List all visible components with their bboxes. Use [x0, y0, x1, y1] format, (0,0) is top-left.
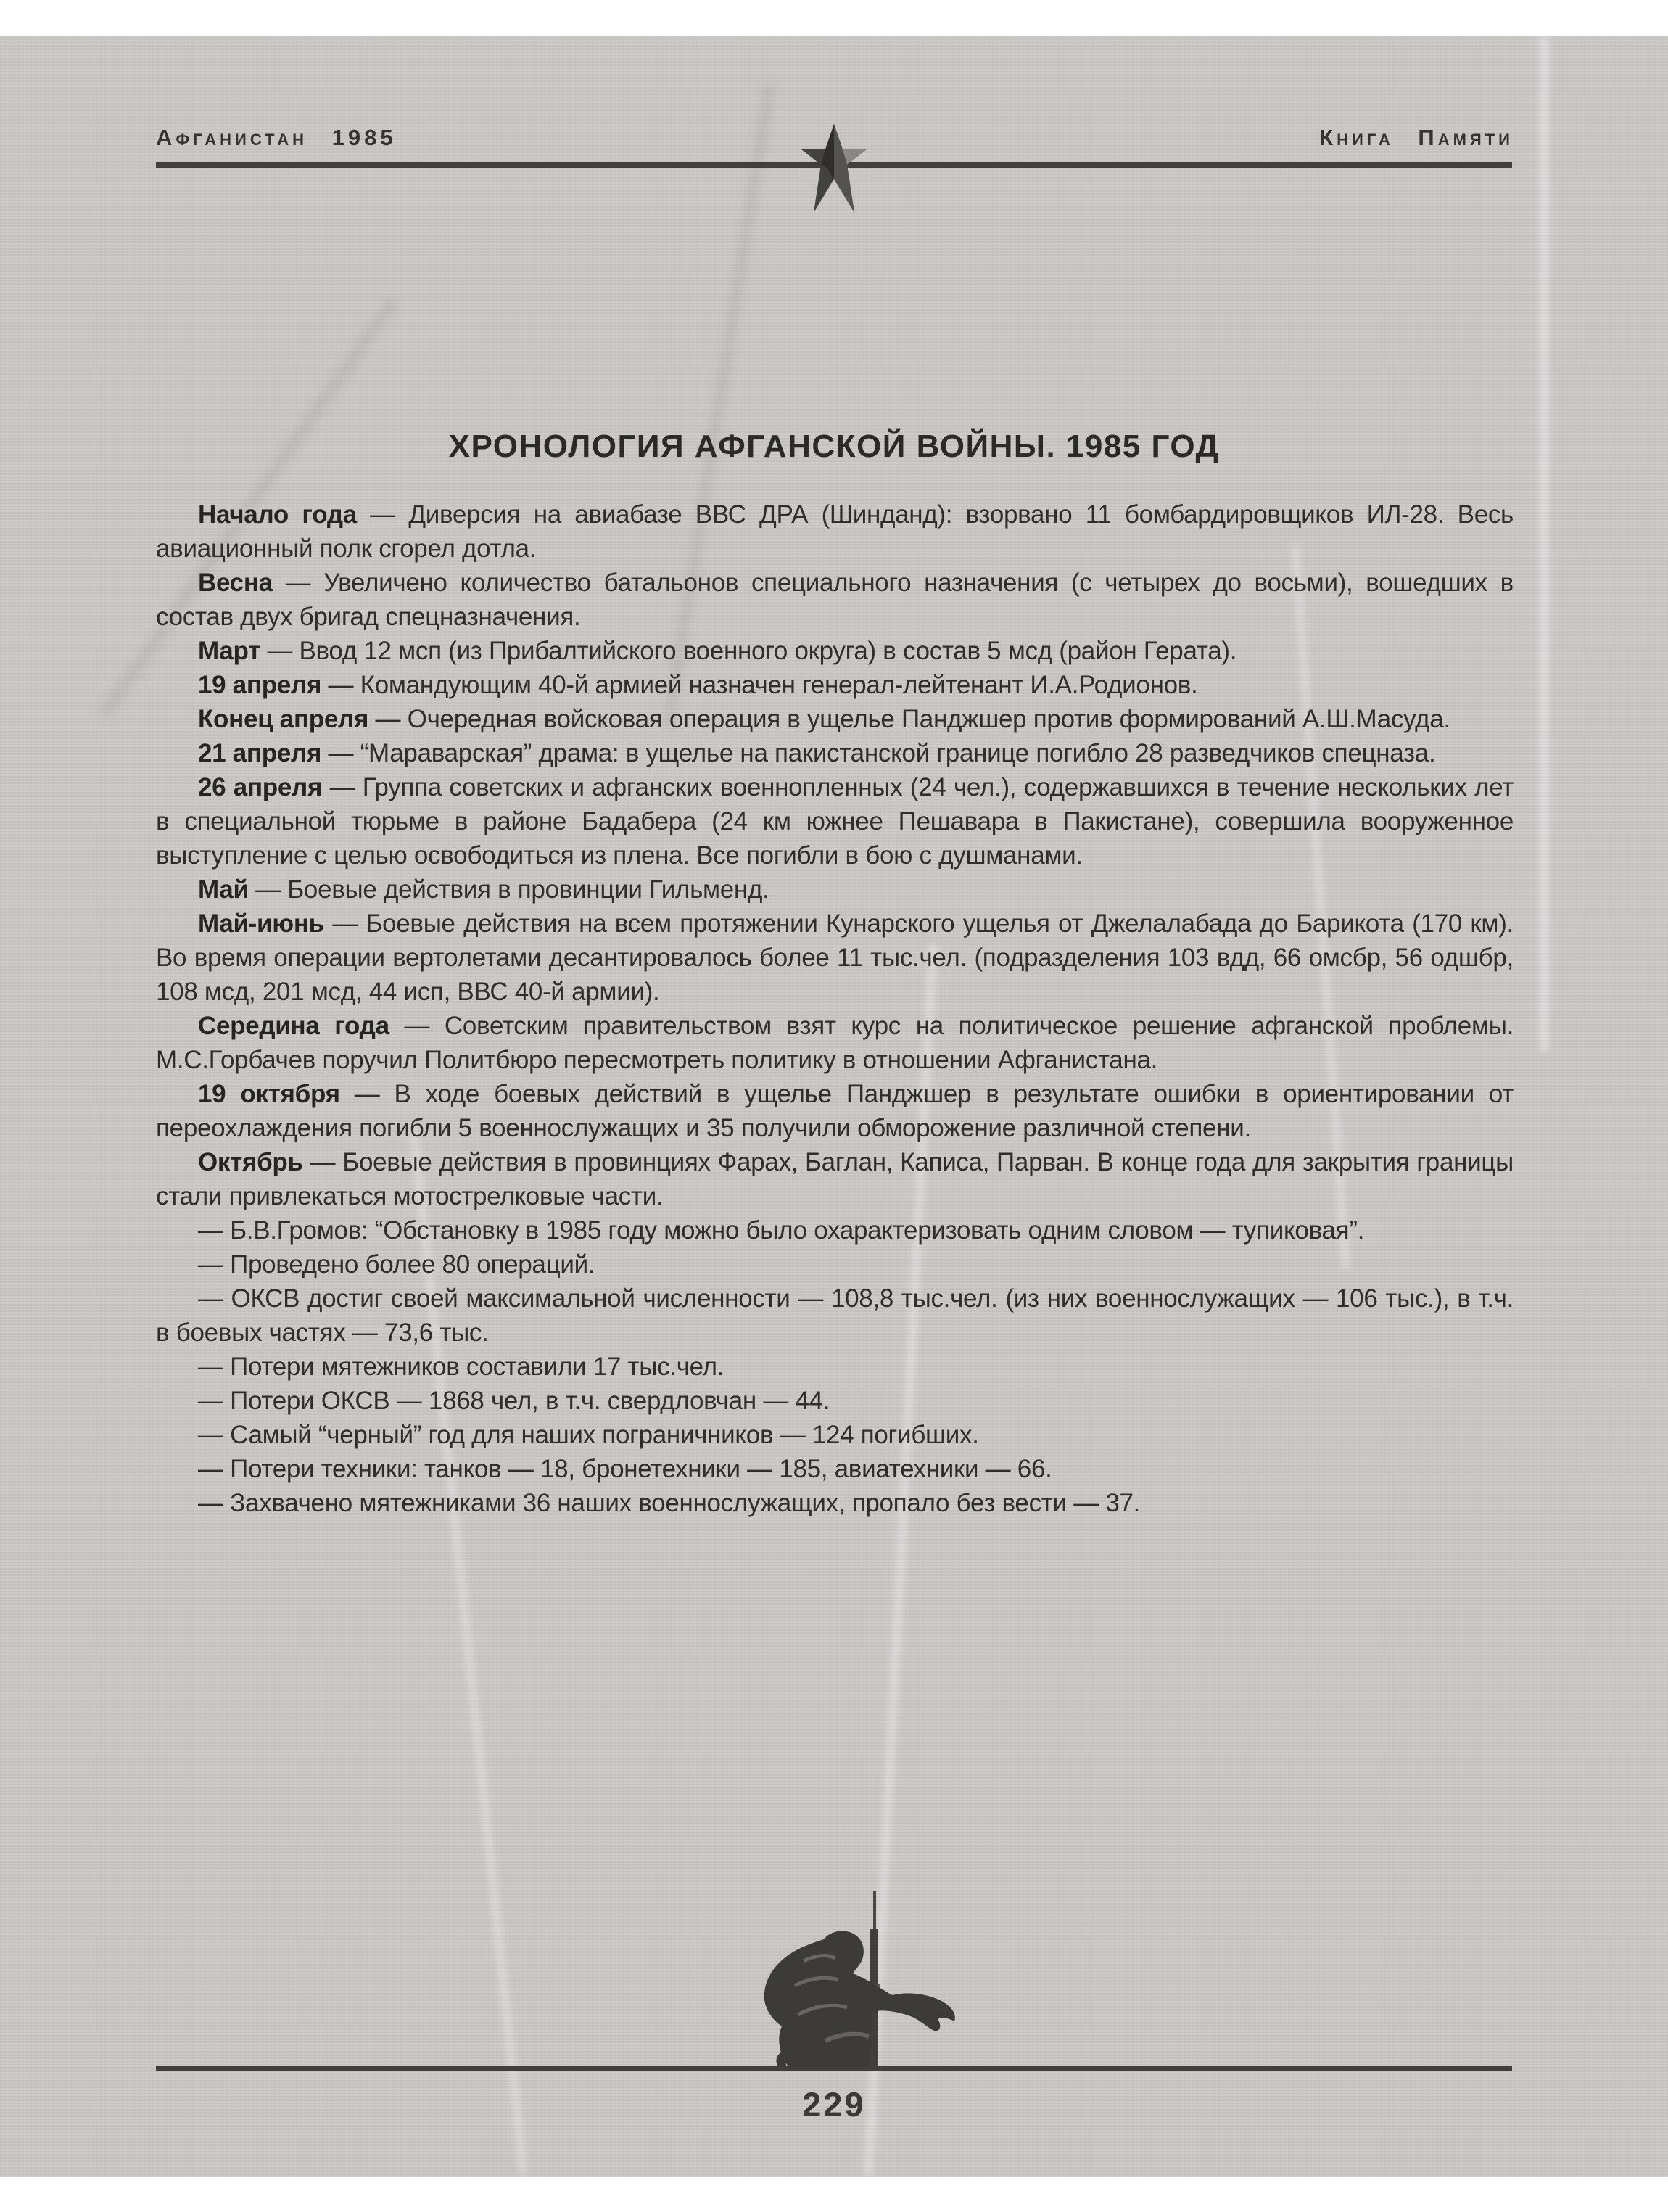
footer-rule: [156, 2066, 1512, 2071]
entry-text: — “Мараварская” драма: в ущелье на пакис…: [329, 739, 1436, 767]
entry-date: 19 октября: [198, 1080, 340, 1108]
chronology-entry: Март — Ввод 12 мсп (из Прибалтийского во…: [156, 634, 1514, 668]
chronology-entry: Середина года — Советским правительством…: [156, 1009, 1514, 1077]
entry-date: Март: [198, 637, 260, 665]
running-head-left: Афганистан 1985: [156, 125, 397, 151]
chronology-entry: Начало года — Диверсия на авиабазе ВВС Д…: [156, 498, 1514, 566]
entry-text: — Боевые действия на всем протяжении Кун…: [156, 909, 1514, 1006]
chronology-entry: Май-июнь — Боевые действия на всем протя…: [156, 907, 1514, 1009]
summary-item: — Потери техники: танков — 18, бронетехн…: [156, 1452, 1514, 1486]
entry-date: 19 апреля: [198, 671, 321, 699]
chronology-entry: 21 апреля — “Мараварская” драма: в ущель…: [156, 736, 1514, 770]
chronology-entry: Весна — Увеличено количество батальонов …: [156, 566, 1514, 634]
five-point-star-icon: [800, 122, 868, 238]
entry-text: — Ввод 12 мсп (из Прибалтийского военног…: [267, 637, 1236, 665]
entry-text: — Боевые действия в провинции Гильменд.: [255, 875, 769, 904]
chronology-entry: Конец апреля — Очередная войсковая опера…: [156, 702, 1514, 736]
entry-date: Октябрь: [198, 1148, 303, 1176]
page-number: 229: [0, 2084, 1668, 2124]
entry-date: 26 апреля: [198, 773, 322, 801]
chronology-text: Начало года — Диверсия на авиабазе ВВС Д…: [156, 498, 1514, 1520]
chronology-entry: 26 апреля — Группа советских и афганских…: [156, 770, 1514, 872]
entry-date: Середина года: [198, 1012, 389, 1040]
chronology-entry: Октябрь — Боевые действия в провинциях Ф…: [156, 1145, 1514, 1213]
chronology-entry: Май — Боевые действия в провинции Гильме…: [156, 872, 1514, 907]
entry-text: — Группа советских и афганских военнопле…: [156, 773, 1514, 870]
entry-text: — В ходе боевых действий в ущелье Панджш…: [156, 1080, 1514, 1142]
summary-item: — ОКСВ достиг своей максимальной численн…: [156, 1282, 1514, 1350]
summary-item: — Потери мятежников составили 17 тыс.чел…: [156, 1350, 1514, 1384]
kneeling-soldier-monument-icon: [717, 1891, 972, 2071]
entry-text: — Диверсия на авиабазе ВВС ДРА (Шинданд)…: [156, 500, 1514, 563]
page-sheet: Афганистан 1985 Книга Памяти ХРОНОЛОГИЯ …: [0, 36, 1668, 2177]
summary-item: — Проведено более 80 операций.: [156, 1247, 1514, 1282]
entry-date: 21 апреля: [198, 739, 321, 767]
entry-text: — Очередная войсковая операция в ущелье …: [376, 705, 1450, 733]
entry-date: Весна: [198, 569, 273, 597]
entry-text: — Боевые действия в провинциях Фарах, Ба…: [156, 1148, 1514, 1210]
summary-item: — Потери ОКСВ — 1868 чел, в т.ч. свердло…: [156, 1384, 1514, 1418]
page-title: ХРОНОЛОГИЯ АФГАНСКОЙ ВОЙНЫ. 1985 ГОД: [0, 429, 1668, 465]
summary-item: — Самый “черный” год для наших пограничн…: [156, 1418, 1514, 1452]
summary-item: — Б.В.Громов: “Обстановку в 1985 году мо…: [156, 1213, 1514, 1247]
running-head-right: Книга Памяти: [1319, 125, 1514, 151]
scanned-book-page: { "doc": { "header": { "left": "Афганист…: [0, 0, 1668, 2212]
entry-text: — Увеличено количество батальонов специа…: [156, 569, 1514, 631]
paper-crease: [1537, 36, 1551, 1052]
entry-date: Конец апреля: [198, 705, 368, 733]
entry-date: Начало года: [198, 500, 357, 529]
entry-text: — Командующим 40-й армией назначен генер…: [329, 671, 1198, 699]
chronology-entry: 19 октября — В ходе боевых действий в ущ…: [156, 1077, 1514, 1145]
entry-date: Май-июнь: [198, 909, 324, 938]
entry-date: Май: [198, 875, 249, 904]
chronology-entry: 19 апреля — Командующим 40-й армией назн…: [156, 668, 1514, 702]
summary-item: — Захвачено мятежниками 36 наших военнос…: [156, 1486, 1514, 1520]
